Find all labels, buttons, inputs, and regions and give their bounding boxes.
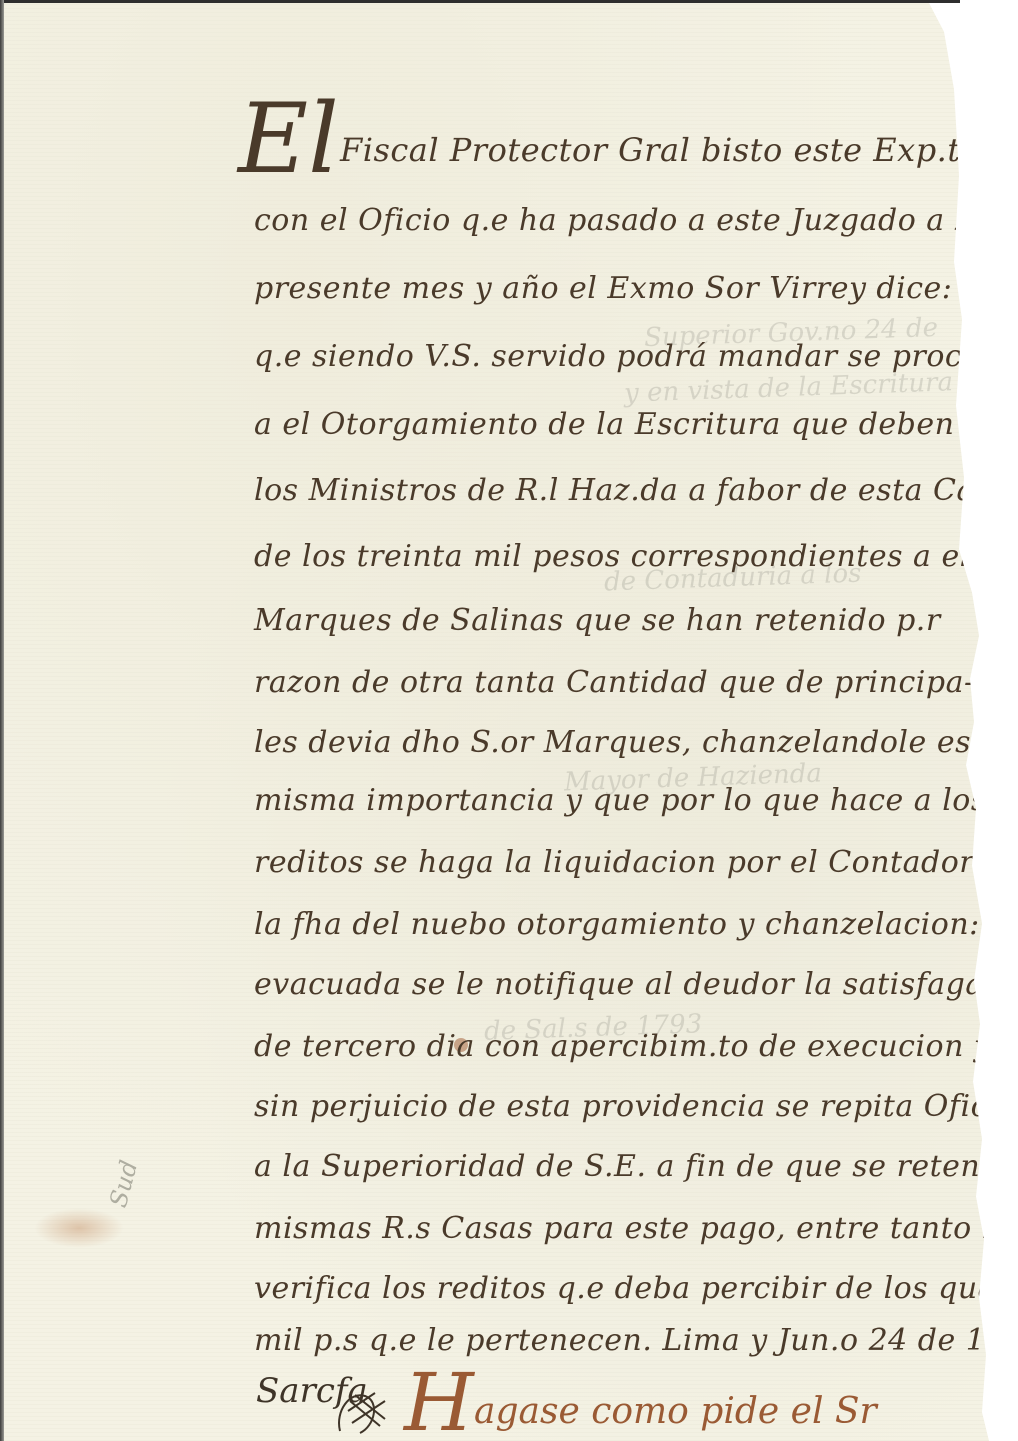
text-line-6: los Ministros de R.l Haz.da a fabor de e… <box>254 473 1009 508</box>
text-line-1: Fiscal Protector Gral bisto este Exp.te <box>340 131 980 169</box>
margin-note: Sud <box>104 1157 143 1210</box>
text-line-16: sin perjuicio de esta providencia se rep… <box>254 1089 1017 1124</box>
text-line-19: verifica los reditos q.e deba percibir d… <box>254 1271 1018 1306</box>
text-line-12: reditos se haga la liquidacion por el Co… <box>254 845 1018 880</box>
decree-initial: H <box>404 1363 474 1441</box>
text-line-18: mismas R.s Casas para este pago, entre t… <box>254 1211 1010 1246</box>
text-line-17: a la Superioridad de S.E. a fin de que s… <box>254 1149 1018 1184</box>
ink-stain <box>34 1208 124 1248</box>
scan-edge-left <box>0 0 4 1441</box>
text-line-4: q.e siendo V.S. servido podrá mandar se … <box>254 339 1018 374</box>
signature-rubric-icon <box>330 1381 400 1441</box>
text-line-10: les devia dho S.or Marques, chanzelandol… <box>254 725 1002 760</box>
scan-edge-top <box>0 0 960 3</box>
text-line-3: presente mes y año el Exmo Sor Virrey di… <box>254 271 952 306</box>
decree-text: agase como pide el Sr <box>474 1391 877 1432</box>
text-line-20-date: mil p.s q.e le pertenecen. Lima y Jun.o … <box>254 1323 1018 1358</box>
text-line-15: de tercero dia con apercibim.to de execu… <box>254 1029 1018 1064</box>
scanned-document: Superior Gov.no 24 de y en vista de la E… <box>0 0 1018 1441</box>
text-line-13: la fha del nuebo otorgamiento y chanzela… <box>254 907 1018 942</box>
text-line-9: razon de otra tanta Cantidad que de prin… <box>254 665 975 700</box>
manuscript-page: Superior Gov.no 24 de y en vista de la E… <box>4 3 1004 1441</box>
text-line-11: misma importancia y que por lo que hace … <box>254 783 987 818</box>
text-line-7: de los treinta mil pesos correspondiente… <box>254 539 970 574</box>
text-line-8: Marques de Salinas que se han retenido p… <box>254 603 941 638</box>
opening-initial: El <box>238 91 339 187</box>
text-line-2: con el Oficio q.e ha pasado a este Juzga… <box>254 203 1018 238</box>
text-line-5: a el Otorgamiento de la Escritura que de… <box>254 407 1018 442</box>
text-line-14: evacuada se le notifique al deudor la sa… <box>254 967 1018 1002</box>
